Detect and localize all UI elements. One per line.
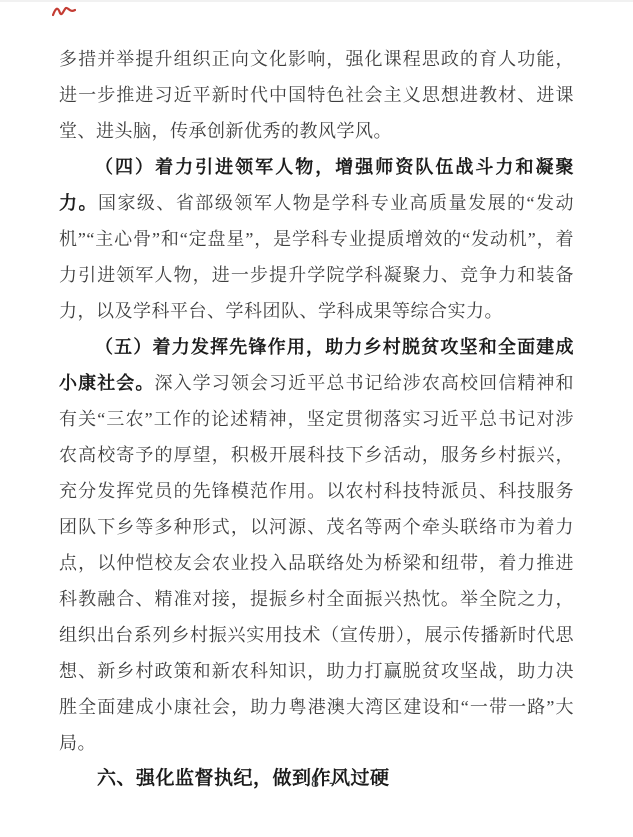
red-pen-mark-icon	[52, 5, 76, 18]
section-5-paragraph: （五）着力发挥先锋作用，助力乡村脱贫攻坚和全面建成小康社会。深入学习领会习近平总…	[59, 329, 574, 761]
section-4-paragraph: （四）着力引进领军人物，增强师资队伍战斗力和凝聚力。国家级、省部级领军人物是学科…	[59, 149, 574, 329]
section-5-body-text: 深入学习领会习近平总书记给涉农高校回信精神和有关“三农”工作的论述精神，坚定贯彻…	[59, 373, 574, 753]
section-4-body-text: 国家级、省部级领军人物是学科专业高质量发展的“发动机”“主心骨”和“定盘星”，是…	[59, 193, 574, 321]
continuation-paragraph: 多措并举提升组织正向文化影响，强化课程思政的育人功能，进一步推进习近平新时代中国…	[59, 41, 574, 149]
page-number: - 8 -	[0, 774, 633, 792]
page-content: 多措并举提升组织正向文化影响，强化课程思政的育人功能，进一步推进习近平新时代中国…	[59, 41, 574, 797]
document-page: 多措并举提升组织正向文化影响，强化课程思政的育人功能，进一步推进习近平新时代中国…	[0, 0, 633, 837]
